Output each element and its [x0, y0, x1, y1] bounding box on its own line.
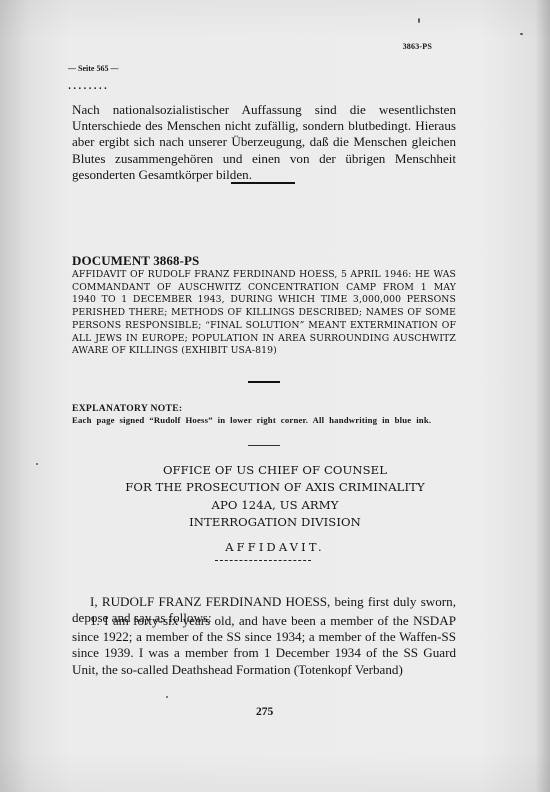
document-title: DOCUMENT 3868-PS — [72, 253, 199, 269]
paper-speck — [520, 33, 523, 35]
page-reference: — Seite 565 — — [68, 64, 118, 73]
page-number: 275 — [256, 706, 273, 718]
section-divider — [231, 182, 295, 184]
explanatory-note-text: Each page signed “Rudolf Hoess” in lower… — [72, 415, 456, 427]
paper-speck — [166, 696, 168, 698]
german-paragraph: Nach nationalsozialistischer Auffassung … — [72, 102, 456, 183]
paper-speck — [36, 463, 38, 465]
document-summary: AFFIDAVIT OF RUDOLF FRANZ FERDINAND HOES… — [72, 269, 456, 358]
german-paragraph-text: Nach nationalsozialistischer Auffassung … — [72, 102, 456, 183]
office-header: OFFICE OF US CHIEF OF COUNSEL FOR THE PR… — [72, 462, 478, 532]
office-header-line: APO 124A, US ARMY — [72, 497, 478, 514]
affidavit-underline — [215, 560, 311, 561]
affidavit-paragraph-text: 1. I am forty-six years old, and have be… — [72, 613, 456, 678]
paper-speck — [418, 18, 420, 23]
affidavit-paragraph-1: 1. I am forty-six years old, and have be… — [72, 613, 456, 678]
summary-divider — [248, 381, 280, 383]
affidavit-heading: AFFIDAVIT. — [72, 540, 478, 554]
office-header-line: FOR THE PROSECUTION OF AXIS CRIMINALITY — [72, 479, 478, 496]
omission-marker: ........ — [68, 82, 109, 92]
note-divider — [248, 445, 280, 446]
office-header-line: OFFICE OF US CHIEF OF COUNSEL — [72, 462, 478, 479]
office-header-line: INTERROGATION DIVISION — [72, 514, 478, 531]
running-head: 3863-PS — [403, 42, 432, 51]
explanatory-note-heading: EXPLANATORY NOTE: — [72, 403, 182, 414]
document-page: 3863-PS — Seite 565 — ........ Nach nati… — [0, 0, 550, 792]
